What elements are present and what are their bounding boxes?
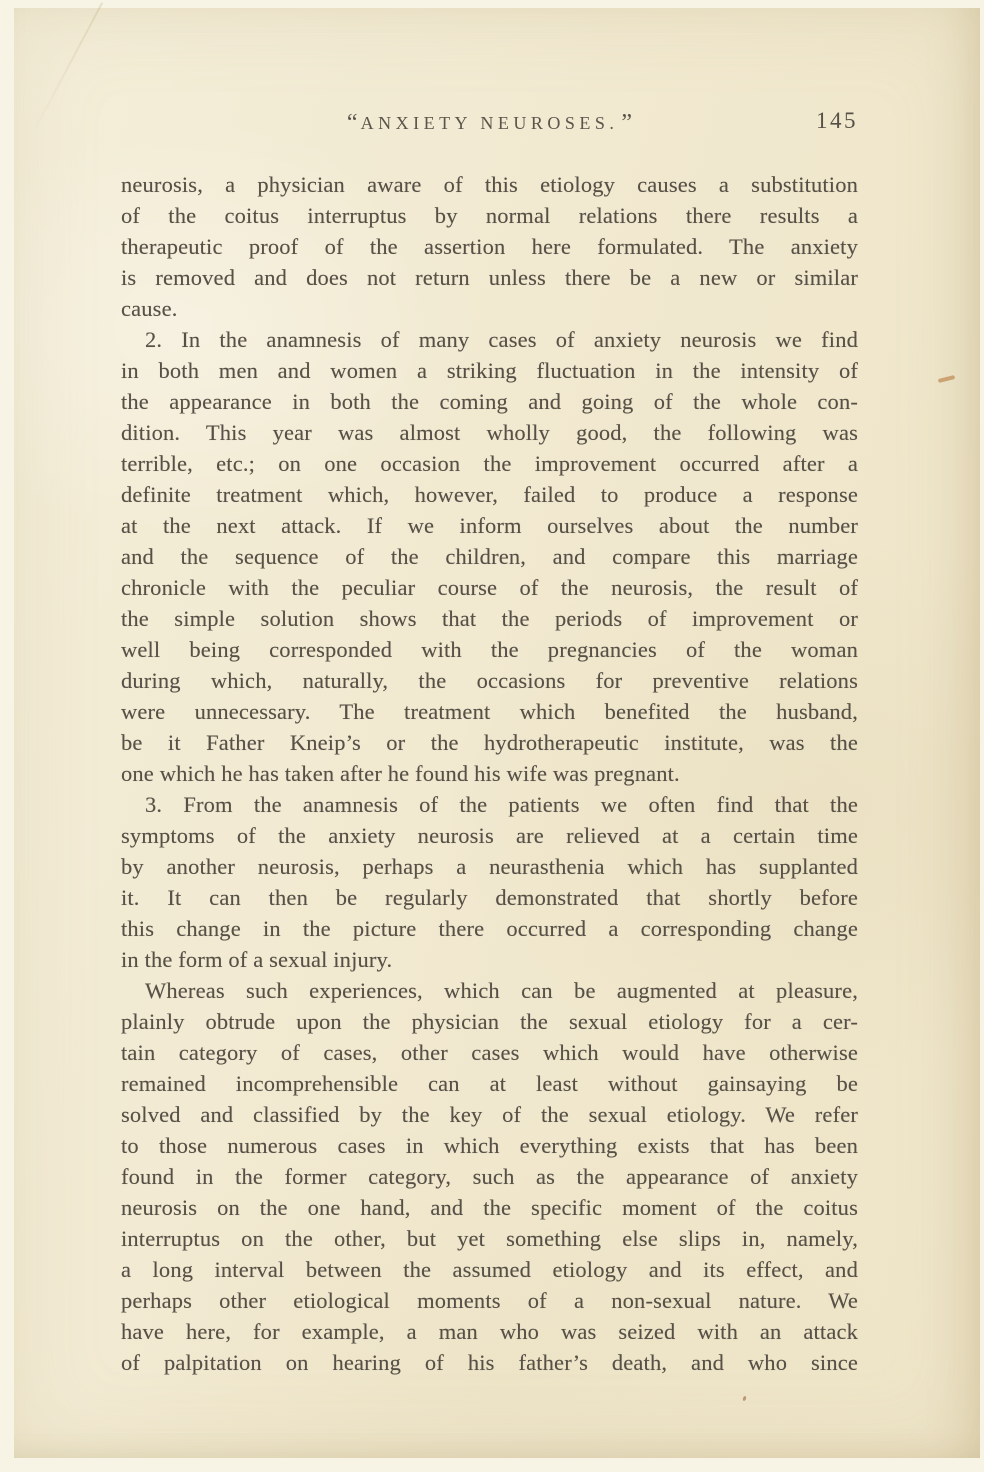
- text-line: and the sequence of the children, and co…: [121, 541, 858, 572]
- text-line: in the form of a sexual injury.: [121, 944, 858, 975]
- text-line: this change in the picture there occurre…: [121, 913, 858, 944]
- text-line: symptoms of the anxiety neurosis are rel…: [121, 820, 858, 851]
- page-header: “ANXIETY NEUROSES.” 145: [121, 107, 858, 141]
- text-line: 3. From the anamnesis of the patients we…: [121, 789, 858, 820]
- text-line: chronicle with the peculiar course of th…: [121, 572, 858, 603]
- page-number: 145: [816, 108, 858, 134]
- text-line: dition. This year was almost wholly good…: [121, 417, 858, 448]
- text-line: to those numerous cases in which everyth…: [121, 1130, 858, 1161]
- text-line: definite treatment which, however, faile…: [121, 479, 858, 510]
- text-line: tain category of cases, other cases whic…: [121, 1037, 858, 1068]
- paragraph: Whereas such experiences, which can be a…: [121, 975, 858, 1378]
- text-line: terrible, etc.; on one occasion the impr…: [121, 448, 858, 479]
- close-quote: ”: [618, 110, 635, 136]
- ink-smudge: [938, 375, 955, 383]
- text-line: perhaps other etiological moments of a n…: [121, 1285, 858, 1316]
- text-line: plainly obtrude upon the physician the s…: [121, 1006, 858, 1037]
- paper-crease: [31, 2, 103, 135]
- text-line: cause.: [121, 293, 858, 324]
- text-line: is removed and does not return unless th…: [121, 262, 858, 293]
- running-title-text: ANXIETY NEUROSES.: [361, 113, 619, 133]
- text-line: the appearance in both the coming and go…: [121, 386, 858, 417]
- text-line: in both men and women a striking fluctua…: [121, 355, 858, 386]
- text-line: during which, naturally, the occasions f…: [121, 665, 858, 696]
- book-page: “ANXIETY NEUROSES.” 145 neurosis, a phys…: [14, 8, 980, 1458]
- text-line: it. It can then be regularly demonstrate…: [121, 882, 858, 913]
- text-line: 2. In the anamnesis of many cases of anx…: [121, 324, 858, 355]
- text-line: of the coitus interruptus by normal rela…: [121, 200, 858, 231]
- paragraph: neurosis, a physician aware of this etio…: [121, 169, 858, 324]
- scanned-page: “ANXIETY NEUROSES.” 145 neurosis, a phys…: [0, 0, 984, 1472]
- text-line: well being corresponded with the pregnan…: [121, 634, 858, 665]
- text-line: at the next attack. If we inform ourselv…: [121, 510, 858, 541]
- page-body: neurosis, a physician aware of this etio…: [121, 169, 858, 1378]
- text-line: neurosis on the one hand, and the specif…: [121, 1192, 858, 1223]
- text-line: interruptus on the other, but yet someth…: [121, 1223, 858, 1254]
- text-line: remained incomprehensible can at least w…: [121, 1068, 858, 1099]
- ink-speck: [742, 1396, 747, 1402]
- text-line: one which he has taken after he found hi…: [121, 758, 858, 789]
- text-line: by another neurosis, perhaps a neurasthe…: [121, 851, 858, 882]
- text-line: were unnecessary. The treatment which be…: [121, 696, 858, 727]
- text-line: of palpitation on hearing of his father’…: [121, 1347, 858, 1378]
- text-line: a long interval between the assumed etio…: [121, 1254, 858, 1285]
- text-line: be it Father Kneip’s or the hydrotherape…: [121, 727, 858, 758]
- paragraph: 3. From the anamnesis of the patients we…: [121, 789, 858, 975]
- text-line: have here, for example, a man who was se…: [121, 1316, 858, 1347]
- paragraph: 2. In the anamnesis of many cases of anx…: [121, 324, 858, 789]
- text-line: the simple solution shows that the perio…: [121, 603, 858, 634]
- text-line: therapeutic proof of the assertion here …: [121, 231, 858, 262]
- text-line: neurosis, a physician aware of this etio…: [121, 169, 858, 200]
- text-line: found in the former category, such as th…: [121, 1161, 858, 1192]
- text-line: Whereas such experiences, which can be a…: [121, 975, 858, 1006]
- text-line: solved and classified by the key of the …: [121, 1099, 858, 1130]
- running-title: “ANXIETY NEUROSES.”: [121, 107, 858, 138]
- open-quote: “: [344, 110, 361, 136]
